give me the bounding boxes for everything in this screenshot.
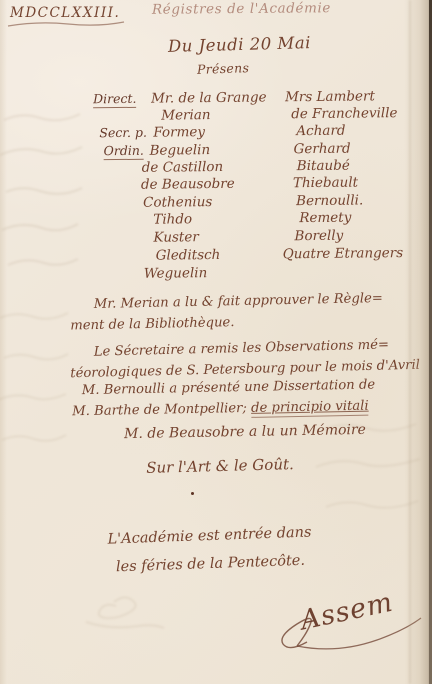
attendee-name-left: Merian [161,107,210,124]
pencil-squiggle [78,588,173,643]
attendee-name-left: Tihdo [153,211,192,227]
year-roman-numeral: MDCCLXXIII. [10,5,120,21]
attendee-name-right: Quatre Etrangers [283,245,404,262]
left-page-shading [0,0,7,684]
attendee-name-right: Borelly [294,228,343,245]
presents-heading: Présens [197,60,250,77]
attendee-name-right: Bernoulli. [296,192,363,209]
attendee-name-left: Mr. de la Grange [151,89,267,106]
signature-flourish [262,600,427,655]
attendee-name-left: Weguelin [144,265,208,282]
attendee-name-right: Remety [299,210,351,227]
margin-label: Ordin. [103,143,143,160]
manuscript-page: MDCCLXXIII. Régistres de l'Académie Du J… [0,0,432,684]
margin-label: Secr. p. [99,125,147,140]
margin-label: Direct. [93,91,137,108]
attendee-name-right: Bitaubé [297,158,350,175]
year-underline-flourish [6,20,126,30]
attendee-row: Weguelin [3,263,432,285]
minute-paragraph-reglement: Mr. Merian a lu & fait approuver le Règl… [70,287,409,336]
attendee-name-right: Mrs Lambert [285,88,375,105]
minute-paragraph-feries: L'Académie est entrée dans les féries de… [59,517,361,583]
dissertation-author: M. Barthe de Montpellier; [72,401,251,419]
attendee-name-left: Beguelin [149,142,210,159]
attendee-name-left: Formey [153,124,205,141]
attendee-name-right: Gerhard [293,141,350,158]
attendee-name-left: de Castillon [142,159,224,176]
attendee-name-left: de Beausobre [141,176,235,193]
dissertation-title-underlined: de principio vitali [251,399,369,418]
page-edge-shadow [404,0,432,684]
attendee-name-right: de Francheville [291,105,397,122]
attendee-name-right: Thiebault [293,175,358,192]
attendee-name-right: Achard [296,123,345,140]
attendee-name-left: Gleditsch [156,247,221,264]
ink-dot [191,492,194,495]
page-title: Régistres de l'Académie [152,0,331,18]
session-date: Du Jeudi 20 Mai [168,33,311,56]
ink-bleedthrough-midleft [0,300,74,470]
minute-paragraph-dissertation: M. Bernoulli a présenté une Dissertation… [72,374,418,423]
attendee-name-left: Kuster [153,229,198,245]
attendee-name-left: Cothenius [143,194,212,211]
